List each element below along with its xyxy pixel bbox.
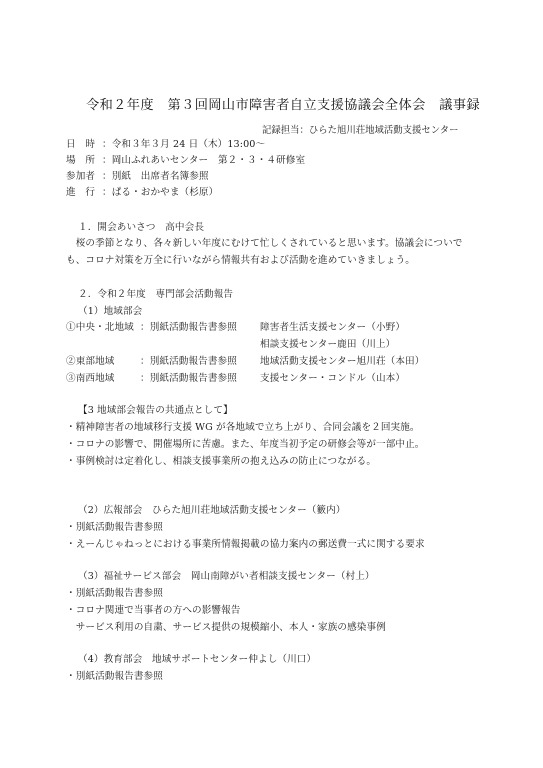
meta-label: 参加者	[66, 170, 102, 184]
meta-value: ：令和３年３月 24 日（木）13:00～	[102, 139, 265, 150]
meta-value: ：別紙 出席者名簿参照	[102, 171, 209, 182]
meta-value: ：岡山ふれあいセンター 第２・３・４研修室	[102, 155, 305, 166]
area-center: 地域活動支援センター旭川荘（本田）	[260, 355, 424, 369]
subsection-2-point: ・えーんじゃねっとにおける事業所情報掲載の協力案内の郵送費一式に関する要求	[66, 538, 425, 552]
meta-venue: 場 所：岡山ふれあいセンター 第２・３・４研修室	[66, 154, 305, 168]
common-point: ・精神障害者の地域移行支援 WG が各地域で立ち上がり、合同会議を２回実施。	[66, 421, 420, 435]
section-1-heading: １．開会あいさつ 高中会長	[78, 221, 204, 235]
section-1-body-line: 桜の季節となり、各々新しい年度にむけて忙しくされていると思います。協議会についで	[66, 237, 462, 251]
meta-participants: 参加者：別紙 出席者名簿参照	[66, 170, 209, 184]
common-point: ・コロナの影響で、開催場所に苦慮。また、年度当初予定の研修会等が一部中止。	[66, 438, 424, 452]
area-ref: ：別紙活動報告書参照	[140, 321, 237, 335]
subsection-2-point: ・別紙活動報告書参照	[66, 521, 163, 535]
area-name: ③南西地域	[66, 372, 114, 386]
area-center: 相談支援センター鹿田（川上）	[260, 338, 395, 352]
section-1-body-line: も、コロナ対策を万全に行いながら情報共有および活動を進めていきましょう。	[66, 254, 415, 268]
meta-label: 日 時	[66, 138, 102, 152]
meta-value: ：ぱる・おかやま（杉原）	[102, 187, 218, 198]
subsection-3-point: ・別紙活動報告書参照	[66, 587, 163, 601]
meta-datetime: 日 時：令和３年３月 24 日（木）13:00～	[66, 138, 265, 152]
common-points-heading: 【3 地域部会報告の共通点として】	[78, 404, 233, 418]
document-title: 令和２年度 第３回岡山市障害者自立支援協議会全体会 議事録	[86, 97, 480, 115]
document-page: 令和２年度 第３回岡山市障害者自立支援協議会全体会 議事録 記録担当：ひらた旭川…	[0, 0, 543, 768]
subsection-4-point: ・別紙活動報告書参照	[66, 670, 163, 684]
subsection-2-heading: （2）広報部会 ひらた旭川荘地域活動支援センター（籔内）	[78, 504, 346, 518]
area-ref: ：別紙活動報告書参照	[140, 355, 237, 369]
recorder-credit: 記録担当：ひらた旭川荘地域活動支援センター	[262, 124, 459, 138]
common-point: ・事例検討は定着化し、相談支援事業所の抱え込みの防止につながる。	[66, 455, 376, 469]
area-center: 支援センター・コンドル（山本）	[260, 372, 405, 386]
section-2-heading: ２．令和２年度 専門部会活動報告	[78, 288, 233, 302]
subsection-3-point: ・コロナ関連で当事者の方への影響報告	[66, 604, 241, 618]
area-ref: ：別紙活動報告書参照	[140, 372, 237, 386]
meta-label: 進 行	[66, 186, 102, 200]
subsection-3-heading: （3）福祉サービス部会 岡山南障がい者相談支援センター（村上）	[78, 570, 375, 584]
meta-facilitator: 進 行：ぱる・おかやま（杉原）	[66, 186, 218, 200]
subsection-3-point: サービス利用の自粛、サービス提供の規模縮小、本人・家族の感染事例	[66, 621, 386, 635]
meta-label: 場 所	[66, 154, 102, 168]
area-center: 障害者生活支援センター（小野）	[260, 321, 405, 335]
subsection-4-heading: （4）教育部会 地域サポートセンター仲よし（川口）	[78, 653, 316, 667]
area-name: ①中央・北地域	[66, 321, 134, 335]
area-name: ②東部地域	[66, 355, 114, 369]
subsection-1-heading: （1）地域部会	[78, 305, 142, 319]
